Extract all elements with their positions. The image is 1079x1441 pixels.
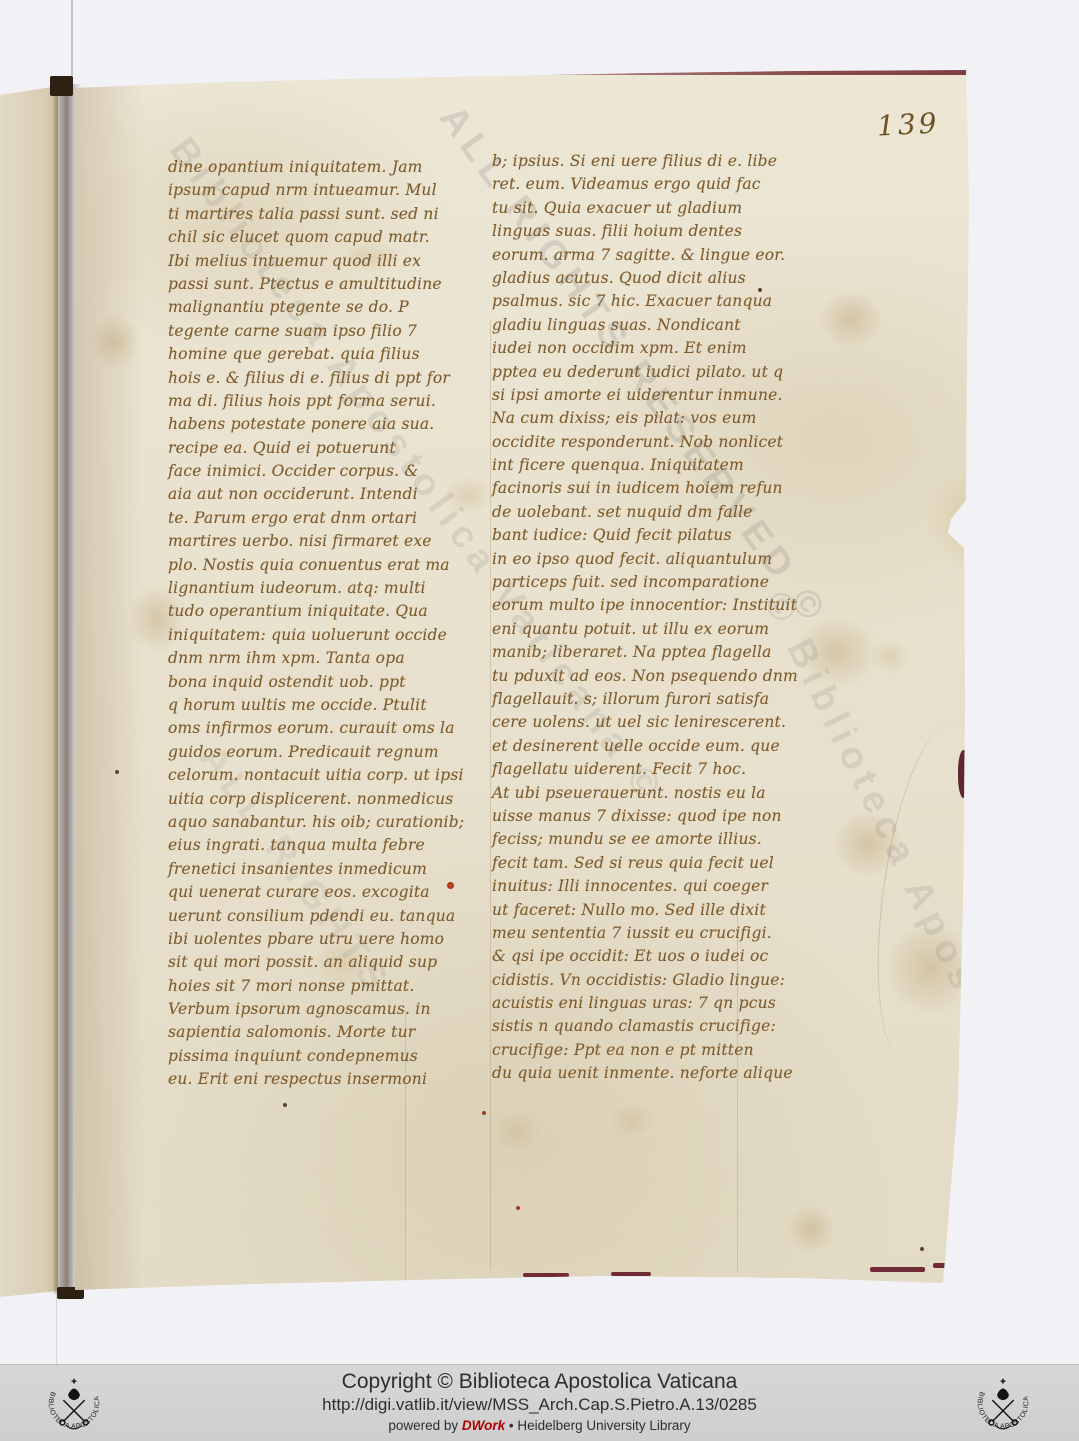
parchment-stain — [787, 1205, 835, 1253]
manuscript-text-line: qui uenerat curare eos. excogita — [168, 881, 468, 904]
svg-text:BIBLIOTECA APOSTOLICA VATICANA: BIBLIOTECA APOSTOLICA VATICANA — [40, 1371, 101, 1430]
manuscript-text-line: ma di. filius hois ppt forma serui. — [168, 390, 468, 413]
manuscript-text-line: frenetici insanientes inmedicum — [168, 858, 468, 881]
manuscript-text-line: Verbum ipsorum agnoscamus. in — [168, 998, 468, 1021]
manuscript-text-line: ibi uolentes pbare utru uere homo — [168, 928, 468, 951]
manuscript-text-line: eorum multo ipe innocentior: Instituit — [492, 594, 792, 617]
footer-copyright: Copyright © Biblioteca Apostolica Vatica… — [0, 1370, 1079, 1394]
manuscript-text-line: meu sententia 7 iussit eu crucifigi. — [492, 922, 792, 945]
crossed-keys-tiara-emblem — [60, 1379, 88, 1429]
manuscript-text-line: de uolebant. set nuquid dm falle — [492, 501, 792, 524]
top-edge-red-stain — [365, 70, 969, 75]
manuscript-text-line: eu. Erit eni respectus insermoni — [168, 1068, 468, 1091]
ink-speck — [115, 770, 119, 774]
manuscript-text-line: aia aut non occiderunt. Intendi — [168, 483, 468, 506]
red-speck — [482, 1111, 486, 1115]
manuscript-text-line: uitia corp displicerent. nonmedicus — [168, 788, 468, 811]
manuscript-text-line: facinoris sui in iudicem hoiem refun — [492, 477, 792, 500]
manuscript-text-line: eni quantu potuit. ut illu ex eorum — [492, 618, 792, 641]
manuscript-text-line: in eo ipso quod fecit. aliquantulum — [492, 548, 792, 571]
manuscript-text-line: ret. eum. Videamus ergo quid fac — [492, 173, 792, 196]
manuscript-text-line: pptea eu dederunt iudici pilato. ut q — [492, 361, 792, 384]
manuscript-text-line: eius ingrati. tanqua multa febre — [168, 834, 468, 857]
manuscript-text-line: gladius acutus. Quod dicit alius — [492, 267, 792, 290]
binding-tab-top — [50, 76, 73, 96]
bottom-edge-red-mark — [611, 1272, 651, 1276]
manuscript-right-column: b; ipsius. Si eni uere filius di e. libe… — [492, 150, 792, 1086]
manuscript-text-line: ut faceret: Nullo mo. Sed ille dixit — [492, 899, 792, 922]
manuscript-text-line: dine opantium iniquitatem. Jam — [168, 156, 468, 179]
manuscript-text-line: aquo sanabantur. his oib; curationib; — [168, 811, 468, 834]
footer-powered-by: powered by DWork • Heidelberg University… — [0, 1418, 1079, 1433]
manuscript-text-line: flagellatu uiderent. Fecit 7 hoc. — [492, 758, 792, 781]
manuscript-text-line: ti martires talia passi sunt. sed ni — [168, 203, 468, 226]
manuscript-text-line: ipsum capud nrm intueamur. Mul — [168, 179, 468, 202]
footer-url[interactable]: http://digi.vatlib.it/view/MSS_Arch.Cap.… — [0, 1395, 1079, 1415]
manuscript-text-line: flagellauit. s; illorum furori satisfa — [492, 688, 792, 711]
binding-edge-line-bottom — [56, 1295, 57, 1365]
manuscript-text-line: fecit tam. Sed si reus quia fecit uel — [492, 852, 792, 875]
svg-text:BIBLIOTECA APOSTOLICA VATICANA: BIBLIOTECA APOSTOLICA VATICANA — [969, 1371, 1030, 1430]
manuscript-text-line: homine que gerebat. quia filius — [168, 343, 468, 366]
manuscript-text-line: lignantium iudeorum. atq: multi — [168, 577, 468, 600]
manuscript-text-line: feciss; mundu se ee amorte illius. — [492, 828, 792, 851]
manuscript-text-line: q horum uultis me occide. Ptulit — [168, 694, 468, 717]
manuscript-text-line: & qsi ipe occidit: Et uos o iudei oc — [492, 945, 792, 968]
manuscript-text-line: uerunt consilium pdendi eu. tanqua — [168, 905, 468, 928]
manuscript-text-line: linguas suas. filii hoium dentes — [492, 220, 792, 243]
manuscript-text-line: sit qui mori possit. an aliquid sup — [168, 951, 468, 974]
parchment-stain — [819, 290, 883, 348]
manuscript-text-line: oms infirmos eorum. curauit oms la — [168, 717, 468, 740]
vatican-library-seal-right: BIBLIOTECA APOSTOLICA VATICANA — [969, 1371, 1037, 1439]
manuscript-text-line: gladiu linguas suas. Nondicant — [492, 314, 792, 337]
digitized-manuscript-view: Biblioteca Apostolica Vaticana © ALL RIG… — [0, 0, 1079, 1441]
powered-by-prefix: powered by — [388, 1418, 462, 1433]
manuscript-text-line: cere uolens. ut uel sic lenirescerent. — [492, 711, 792, 734]
manuscript-text-line: malignantiu ptegente se do. P — [168, 296, 468, 319]
parchment-stain — [493, 1110, 541, 1152]
dwork-brand[interactable]: DWork — [462, 1418, 505, 1433]
manuscript-text-line: sistis n quando clamastis crucifige: — [492, 1015, 792, 1038]
binding-edge-line-top — [71, 0, 73, 80]
manuscript-text-line: tudo operantium iniquitate. Qua — [168, 600, 468, 623]
manuscript-text-line: At ubi pseuerauerunt. nostis eu la — [492, 782, 792, 805]
manuscript-text-line: int ficere quenqua. Iniquitatem — [492, 454, 792, 477]
manuscript-text-line: manib; liberaret. Na pptea flagella — [492, 641, 792, 664]
manuscript-text-line: tegente carne suam ipso filio 7 — [168, 320, 468, 343]
manuscript-text-line: habens potestate ponere aia sua. — [168, 413, 468, 436]
manuscript-text-line: bant iudice: Quid fecit pilatus — [492, 524, 792, 547]
manuscript-text-line: dnm nrm ihm xpm. Tanta opa — [168, 647, 468, 670]
parchment-crease — [859, 715, 1002, 1070]
manuscript-text-line: Ibi melius intuemur quod illi ex — [168, 250, 468, 273]
manuscript-text-line: psalmus. sic 7 hic. Exacuer tanqua — [492, 290, 792, 313]
ink-speck — [1037, 1170, 1041, 1174]
manuscript-text-line: face inimici. Occider corpus. & — [168, 460, 468, 483]
manuscript-page: Biblioteca Apostolica Vaticana © ALL RIG… — [75, 70, 969, 1290]
manuscript-text-line: te. Parum ergo erat dnm ortari — [168, 507, 468, 530]
parchment-stain — [89, 314, 141, 370]
ink-speck — [283, 1103, 287, 1107]
footer-bar: Copyright © Biblioteca Apostolica Vatica… — [0, 1364, 1079, 1441]
manuscript-left-column: dine opantium iniquitatem. Jamipsum capu… — [168, 156, 468, 1092]
manuscript-text-line: hois e. & filius di e. filius di ppt for — [168, 367, 468, 390]
manuscript-text-line: Na cum dixiss; eis pilat: vos eum — [492, 407, 792, 430]
manuscript-text-line: inuitus: Illi innocentes. qui coeger — [492, 875, 792, 898]
manuscript-text-line: si ipsi amorte ei uiderentur inmune. — [492, 384, 792, 407]
manuscript-text-line: martires uerbo. nisi firmaret exe — [168, 530, 468, 553]
bottom-edge-red-mark — [523, 1273, 569, 1277]
manuscript-text-line: plo. Nostis quia conuentus erat ma — [168, 554, 468, 577]
red-speck — [516, 1206, 520, 1210]
manuscript-text-line: guidos eorum. Predicauit regnum — [168, 741, 468, 764]
folio-number: 139 — [876, 106, 940, 142]
manuscript-text-line: iniquitatem: quia uoluerunt occide — [168, 624, 468, 647]
parchment-crease — [490, 320, 491, 1270]
bottom-edge-red-mark — [870, 1267, 925, 1272]
manuscript-text-line: acuistis eni linguas uras: 7 qn pcus — [492, 992, 792, 1015]
manuscript-text-line: iudei non occidim xpm. Et enim — [492, 337, 792, 360]
manuscript-text-line: passi sunt. Ptectus e amultitudine — [168, 273, 468, 296]
parchment-stain — [925, 465, 1020, 570]
vatican-library-seal-left: BIBLIOTECA APOSTOLICA VATICANA — [40, 1371, 108, 1439]
manuscript-text-line: recipe ea. Quid ei potuerunt — [168, 437, 468, 460]
parchment-stain — [795, 615, 879, 689]
manuscript-text-line: occidite responderunt. Nob nonlicet — [492, 431, 792, 454]
manuscript-text-line: eorum. arma 7 sagitte. & lingue eor. — [492, 244, 792, 267]
parchment-stain — [611, 1102, 653, 1140]
manuscript-text-line: bona inquid ostendit uob. ppt — [168, 671, 468, 694]
manuscript-text-line: tu pduxit ad eos. Non psequendo dnm — [492, 665, 792, 688]
manuscript-text-line: cidistis. Vn occidistis: Gladio lingue: — [492, 969, 792, 992]
powered-by-suffix: • Heidelberg University Library — [505, 1418, 691, 1433]
seal-circular-text: BIBLIOTECA APOSTOLICA VATICANA — [40, 1371, 101, 1430]
manuscript-text-line: sapientia salomonis. Morte tur — [168, 1021, 468, 1044]
manuscript-text-line: et desinerent uelle occide eum. que — [492, 735, 792, 758]
crossed-keys-tiara-emblem — [989, 1379, 1017, 1429]
manuscript-text-line: chil sic elucet quom capud matr. — [168, 226, 468, 249]
ink-speck — [920, 1247, 924, 1251]
manuscript-text-line: crucifige: Ppt ea non e pt mitten — [492, 1039, 792, 1062]
bottom-edge-red-mark — [933, 1263, 953, 1268]
parchment-stain — [870, 638, 910, 674]
manuscript-text-line: celorum. nontacuit uitia corp. ut ipsi — [168, 764, 468, 787]
manuscript-text-line: tu sit. Quia exacuer ut gladium — [492, 197, 792, 220]
seal-circular-text: BIBLIOTECA APOSTOLICA VATICANA — [969, 1371, 1030, 1430]
manuscript-text-line: pissima inquiunt condepnemus — [168, 1045, 468, 1068]
manuscript-text-line: b; ipsius. Si eni uere filius di e. libe — [492, 150, 792, 173]
manuscript-text-line: uisse manus 7 dixisse: quod ipe non — [492, 805, 792, 828]
facing-page-edge — [0, 86, 58, 1297]
manuscript-text-line: hoies sit 7 mori nonse pmittat. — [168, 975, 468, 998]
manuscript-text-line: du quia uenit inmente. neforte alique — [492, 1062, 792, 1085]
manuscript-text-line: particeps fuit. sed incomparatione — [492, 571, 792, 594]
